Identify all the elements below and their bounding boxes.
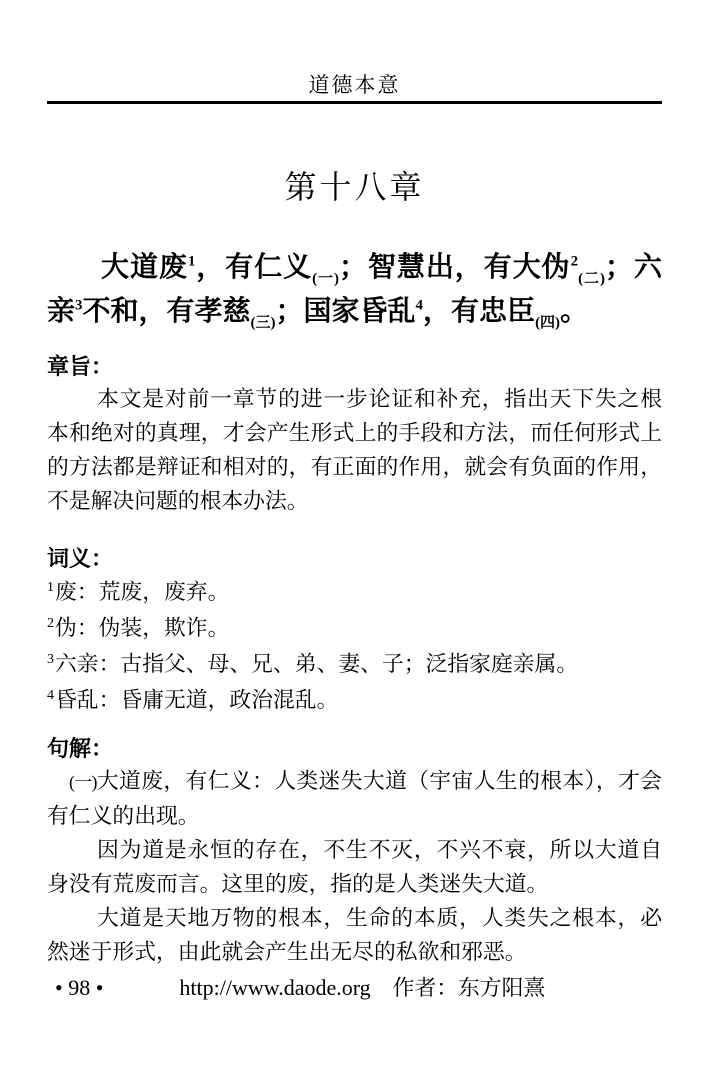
footnote-ref-3: 3 [75,298,83,314]
scripture-run: ；国家昏乱 [276,296,416,327]
definition-item: 1废：荒废，废弃。 [47,574,662,610]
author-credit: 作者：东方阳熹 [393,973,546,1003]
book-title: 道德本意 [47,73,662,97]
definition-item: 4昏乱：昏庸无道，政治混乱。 [47,682,662,718]
definition-text: 六亲：古指父、母、兄、弟、妻、子；泛指家庭亲属。 [55,652,578,676]
definition-text: 废：荒废，废弃。 [55,580,229,604]
page-header: 道德本意 [47,73,662,104]
scripture-run: ，有仁义 [195,252,312,283]
footnote-ref-2: 2 [571,254,579,270]
section-summary: 章旨： 本文是对前一章节的进一步论证和补充，指出天下失之根本和绝对的真理，才会产… [47,352,662,518]
clause-marker-1: (一) [312,271,339,287]
definition-num-2: 2 [47,616,54,631]
definition-item: 2伪：伪装，欺诈。 [47,610,662,646]
definition-num-3: 3 [47,652,54,667]
definition-num-4: 4 [47,688,54,703]
definition-num-1: 1 [47,580,54,595]
page-footer: • 98 • http://www.daode.org 作者：东方阳熹 [47,973,662,1003]
clause-marker-2: (二) [578,271,605,287]
footnote-ref-4: 4 [416,298,424,314]
clause-marker-4: (四) [535,315,560,331]
book-page: 道德本意 第十八章 大道废1，有仁义(一)；智慧出，有大伪2(二)；六亲3不和，… [0,0,709,1077]
exegesis-text: 大道废，有仁义：人类迷失大道（宇宙人生的根本），才会有仁义的出现。 [47,769,662,828]
scripture-text: 大道废1，有仁义(一)；智慧出，有大伪2(二)；六亲3不和，有孝慈(三)；国家昏… [47,246,662,334]
definition-item: 3六亲：古指父、母、兄、弟、妻、子；泛指家庭亲属。 [47,646,662,682]
summary-body: 本文是对前一章节的进一步论证和补充，指出天下失之根本和绝对的真理，才会产生形式上… [47,382,662,518]
section-definitions: 词义： 1废：荒废，废弃。 2伪：伪装，欺诈。 3六亲：古指父、母、兄、弟、妻、… [47,544,662,718]
scripture-run: 不和，有孝慈 [83,296,251,327]
exegesis-clause-marker: (一) [69,772,97,792]
website-url: http://www.daode.org [179,973,370,1003]
definition-text: 伪：伪装，欺诈。 [55,616,229,640]
scripture-run: 大道废 [101,252,188,283]
exegesis-paragraph: 大道是天地万物的根本，生命的本质，人类失之根本，必然迷于形式，由此就会产生出无尽… [47,901,662,969]
exegesis-heading: 句解： [47,734,662,764]
definitions-heading: 词义： [47,544,662,574]
chapter-title: 第十八章 [47,166,662,208]
scripture-run: ；智慧出，有大伪 [339,252,571,283]
exegesis-paragraph: (一)大道废，有仁义：人类迷失大道（宇宙人生的根本），才会有仁义的出现。 [47,764,662,833]
scripture-run: ，有忠臣 [423,296,535,327]
section-exegesis: 句解： (一)大道废，有仁义：人类迷失大道（宇宙人生的根本），才会有仁义的出现。… [47,734,662,969]
page-number: • 98 • [55,973,103,1003]
header-rule [47,101,662,104]
scripture-run: 。 [560,296,588,327]
exegesis-paragraph: 因为道是永恒的存在，不生不灭，不兴不衰，所以大道自身没有荒废而言。这里的废，指的… [47,833,662,901]
summary-heading: 章旨： [47,352,662,382]
definition-text: 昏乱：昏庸无道，政治混乱。 [55,688,338,712]
clause-marker-3: (三) [251,315,276,331]
